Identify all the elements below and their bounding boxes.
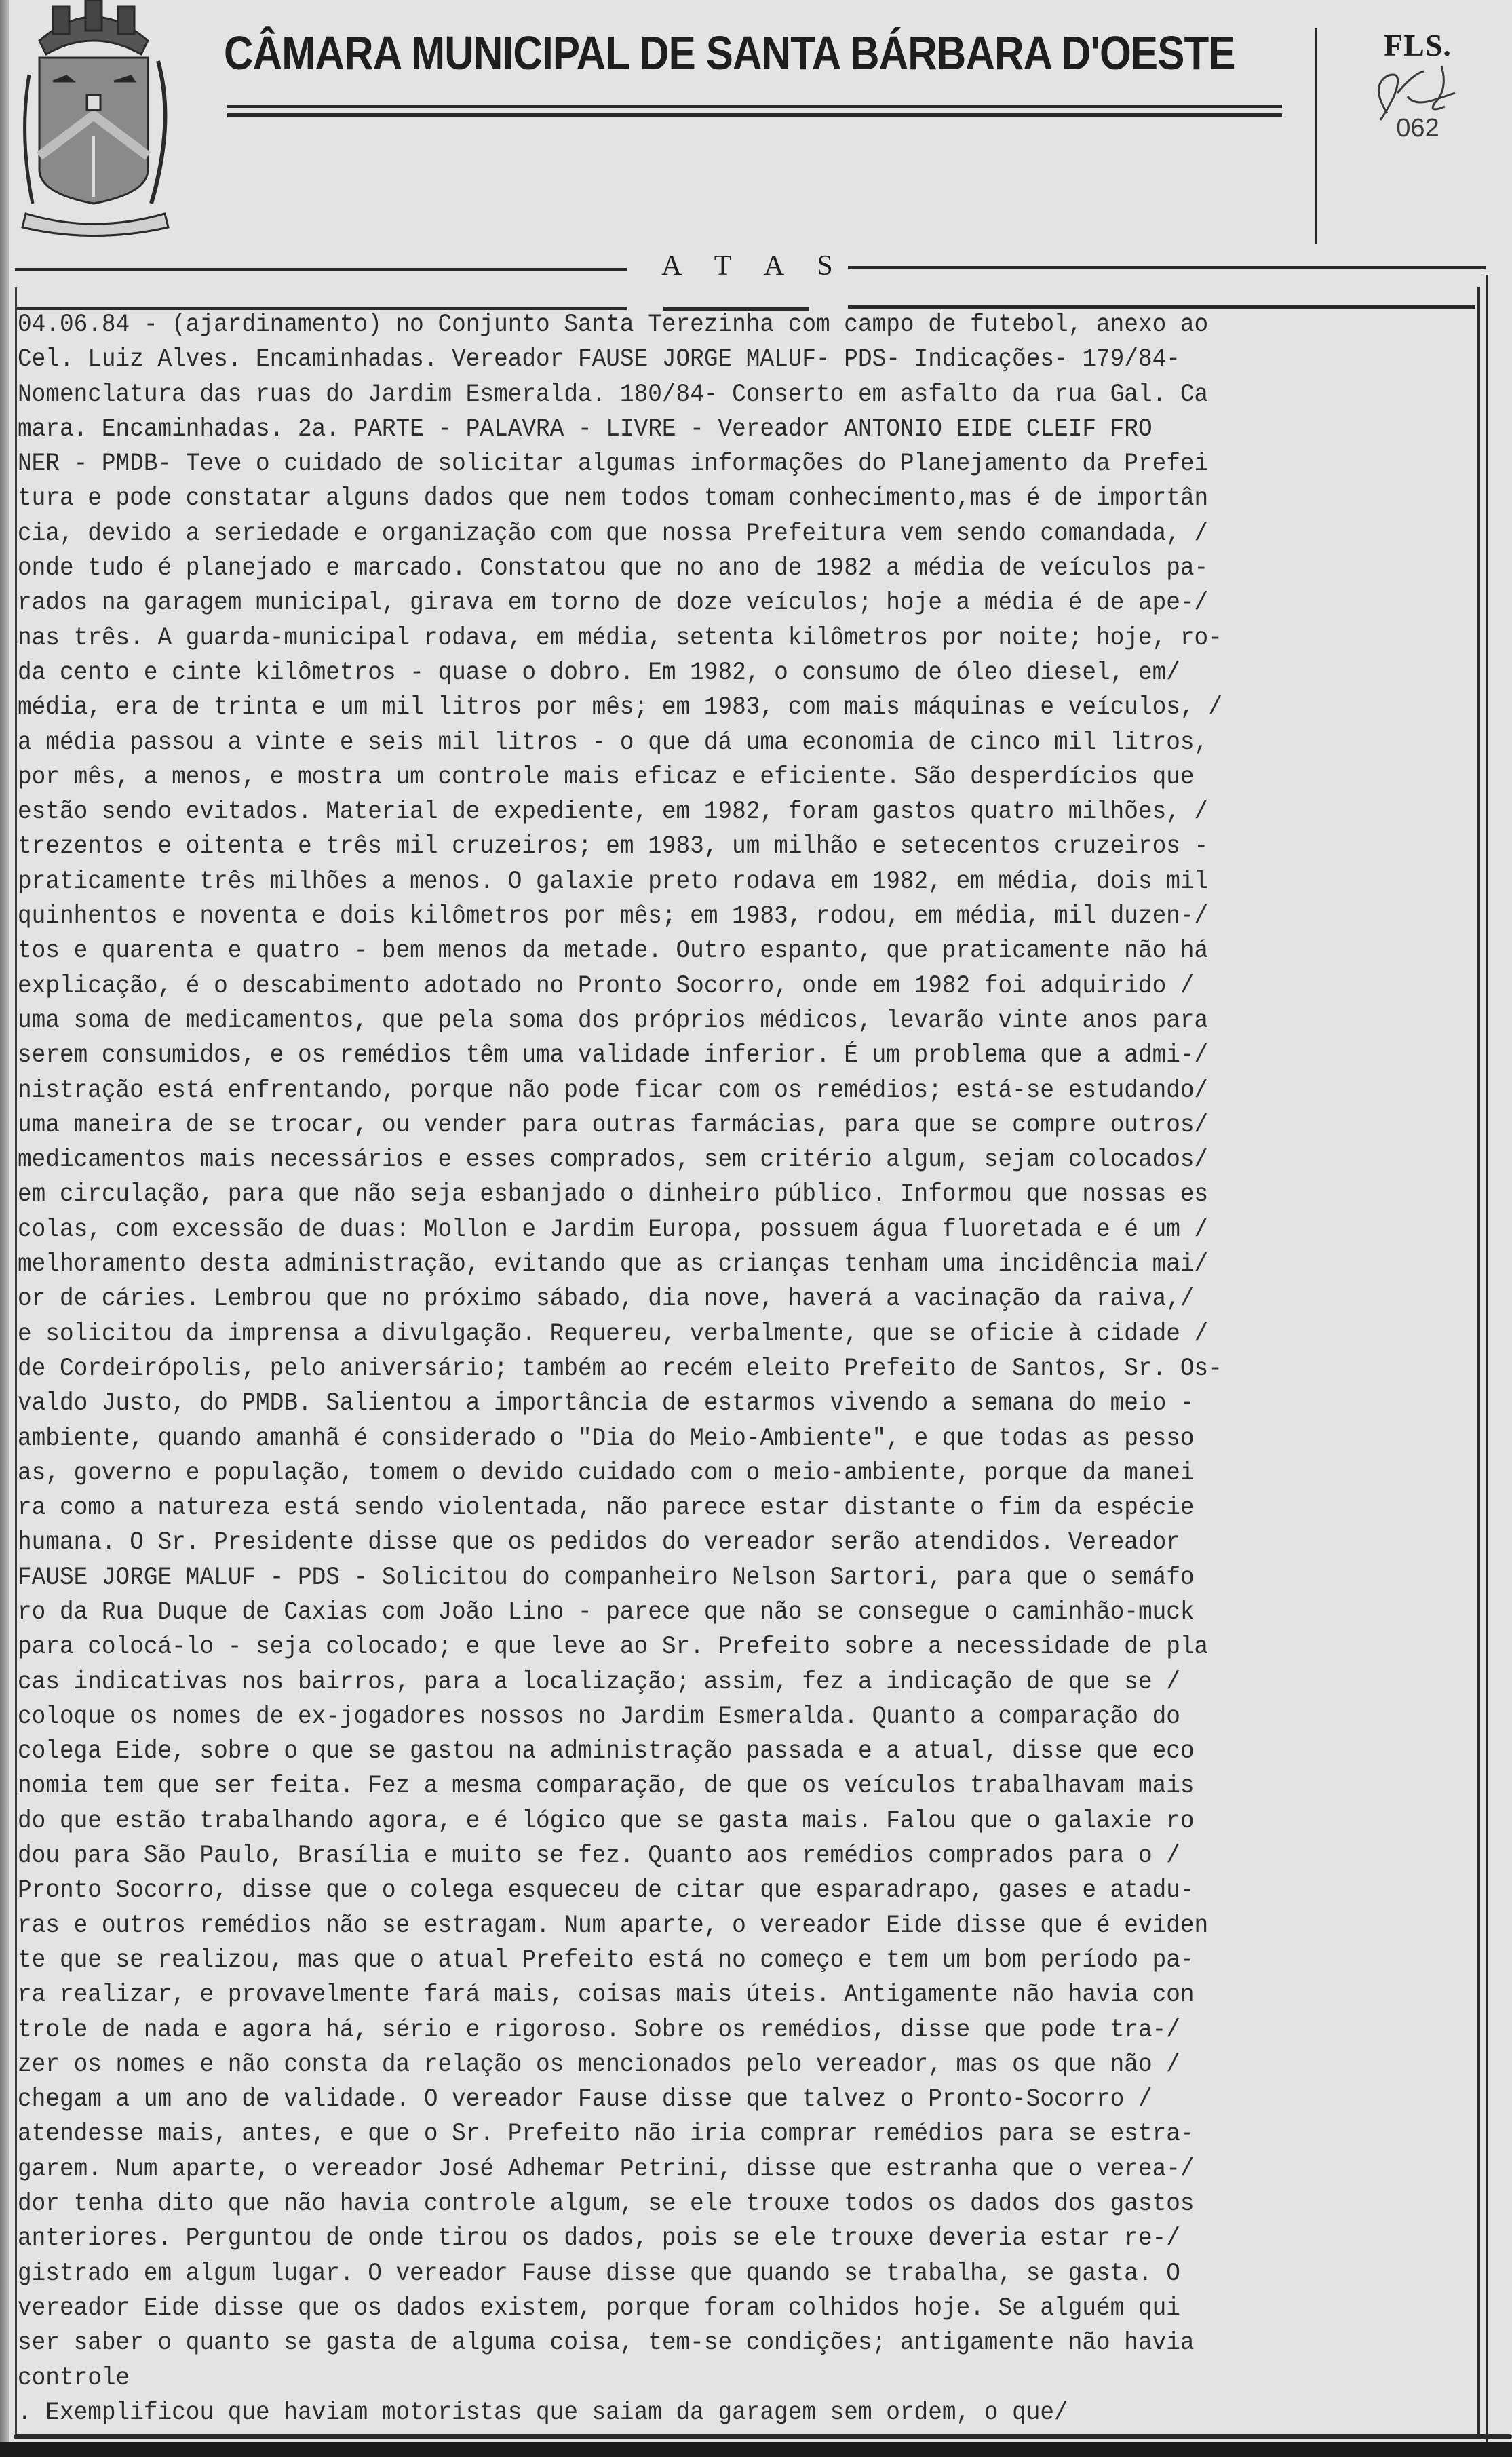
- minutes-line: onde tudo é planejado e marcado. Constat…: [18, 552, 1374, 586]
- minutes-line: valdo Justo, do PMDB. Salientou a import…: [18, 1387, 1374, 1421]
- minutes-line: gistrado em algum lugar. O vereador Faus…: [18, 2257, 1374, 2291]
- minutes-line: uma maneira de se trocar, ou vender para…: [18, 1108, 1374, 1143]
- bottom-rule: [14, 2434, 1512, 2439]
- minutes-line: explicação, é o descabimento adotado no …: [18, 969, 1374, 1004]
- minutes-line: NER - PMDB- Teve o cuidado de solicitar …: [18, 447, 1374, 482]
- minutes-line: cas indicativas nos bairros, para a loca…: [18, 1665, 1374, 1700]
- minutes-line: ambiente, quando amanhã é considerado o …: [18, 1422, 1374, 1456]
- folio-stamp: FLS. 062: [1350, 27, 1486, 143]
- minutes-line: Pronto Socorro, disse que o colega esque…: [18, 1874, 1374, 1908]
- minutes-line: rados na garagem municipal, girava em to…: [18, 586, 1374, 621]
- minutes-line: ro da Rua Duque de Caxias com João Lino …: [18, 1595, 1374, 1630]
- minutes-line: vereador Eide disse que os dados existem…: [18, 2291, 1374, 2326]
- minutes-line: . Exemplificou que haviam motoristas que…: [18, 2396, 1374, 2431]
- minutes-line: ser saber o quanto se gasta de alguma co…: [18, 2326, 1374, 2361]
- minutes-line: chegam a um ano de validade. O vereador …: [18, 2083, 1374, 2117]
- minutes-line: ra realizar, e provavelmente fará mais, …: [18, 1978, 1374, 2013]
- folio-divider: [1315, 28, 1317, 244]
- minutes-line: ra como a natureza está sendo violentada…: [18, 1491, 1374, 1526]
- minutes-line: anteriores. Perguntou de onde tirou os d…: [18, 2222, 1374, 2256]
- minutes-line: média, era de trinta e um mil litros por…: [18, 691, 1374, 725]
- minutes-line: melhoramento desta administração, evitan…: [18, 1247, 1374, 1282]
- minutes-line: da cento e cinte kilômetros - quase o do…: [18, 656, 1374, 691]
- minutes-line: controle: [18, 2361, 1374, 2396]
- minutes-line: humana. O Sr. Presidente disse que os pe…: [18, 1526, 1374, 1560]
- minutes-line: Nomenclatura das ruas do Jardim Esmerald…: [18, 378, 1374, 412]
- municipal-coat-of-arms-icon: [12, 0, 175, 244]
- section-rule: [15, 268, 627, 271]
- minutes-line: garem. Num aparte, o vereador José Adhem…: [18, 2152, 1374, 2187]
- minutes-line: praticamente três milhões a menos. O gal…: [18, 865, 1374, 899]
- minutes-line: e solicitou da imprensa a divulgação. Re…: [18, 1317, 1374, 1352]
- minutes-line: zer os nomes e não consta da relação os …: [18, 2048, 1374, 2083]
- minutes-line: mara. Encaminhadas. 2a. PARTE - PALAVRA …: [18, 412, 1374, 447]
- section-rule: [848, 266, 1486, 269]
- minutes-line: serem consumidos, e os remédios têm uma …: [18, 1039, 1374, 1073]
- minutes-line: uma soma de medicamentos, que pela soma …: [18, 1004, 1374, 1039]
- minutes-body: 04.06.84 - (ajardinamento) no Conjunto S…: [18, 308, 1476, 2431]
- minutes-line: te que se realizou, mas que o atual Pref…: [18, 1943, 1374, 1978]
- minutes-line: dor tenha dito que não havia controle al…: [18, 2187, 1374, 2222]
- title-rule: [227, 113, 1282, 117]
- minutes-line: dou para São Paulo, Brasília e muito se …: [18, 1839, 1374, 1874]
- minutes-line: coloque os nomes de ex-jogadores nossos …: [18, 1700, 1374, 1735]
- folio-number: 062: [1350, 114, 1486, 143]
- minutes-line: por mês, a menos, e mostra um controle m…: [18, 760, 1374, 795]
- minutes-line: tura e pode constatar alguns dados que n…: [18, 482, 1374, 516]
- minutes-line: de Cordeirópolis, pelo aniversário; tamb…: [18, 1352, 1374, 1387]
- minutes-line: Cel. Luiz Alves. Encaminhadas. Vereador …: [18, 343, 1374, 377]
- minutes-line: em circulação, para que não seja esbanja…: [18, 1178, 1374, 1212]
- minutes-line: do que estão trabalhando agora, e é lógi…: [18, 1804, 1374, 1839]
- scan-edge-shadow: [0, 0, 9, 2457]
- minutes-line: nistração está enfrentando, porque não p…: [18, 1074, 1374, 1108]
- minutes-line: 04.06.84 - (ajardinamento) no Conjunto S…: [18, 308, 1374, 343]
- minutes-line: as, governo e população, tomem o devido …: [18, 1456, 1374, 1491]
- folio-label: FLS.: [1350, 27, 1486, 63]
- minutes-line: trezentos e oitenta e três mil cruzeiros…: [18, 830, 1374, 864]
- minutes-line: cia, devido a seriedade e organização co…: [18, 517, 1374, 552]
- minutes-line: colas, com excessão de duas: Mollon e Ja…: [18, 1213, 1374, 1247]
- minutes-line: atendesse mais, antes, e que o Sr. Prefe…: [18, 2117, 1374, 2152]
- minutes-line: colega Eide, sobre o que se gastou na ad…: [18, 1735, 1374, 1769]
- institution-title: CÂMARA MUNICIPAL DE SANTA BÁRBARA D'OEST…: [224, 26, 1134, 80]
- minutes-line: tos e quarenta e quatro - bem menos da m…: [18, 934, 1374, 969]
- minutes-line: estão sendo evitados. Material de expedi…: [18, 795, 1374, 830]
- scan-bottom-edge: [0, 2442, 1512, 2457]
- minutes-line: ras e outros remédios não se estragam. N…: [18, 1909, 1374, 1943]
- minutes-line: FAUSE JORGE MALUF - PDS - Solicitou do c…: [18, 1561, 1374, 1595]
- minutes-line: trole de nada e agora há, sério e rigoro…: [18, 2013, 1374, 2048]
- minutes-line: nomia tem que ser feita. Fez a mesma com…: [18, 1769, 1374, 1804]
- minutes-line: medicamentos mais necessários e esses co…: [18, 1143, 1374, 1178]
- section-title: A T A S: [661, 250, 847, 282]
- minutes-line: nas três. A guarda-municipal rodava, em …: [18, 621, 1374, 656]
- title-rule: [227, 105, 1282, 108]
- minutes-line: quinhentos e noventa e dois kilômetros p…: [18, 899, 1374, 934]
- minutes-line: para colocá-lo - seja colocado; e que le…: [18, 1630, 1374, 1665]
- minutes-line: a média passou a vinte e seis mil litros…: [18, 726, 1374, 760]
- minutes-line: or de cáries. Lembrou que no próximo sáb…: [18, 1282, 1374, 1317]
- frame-outer-border: [1486, 275, 1488, 2457]
